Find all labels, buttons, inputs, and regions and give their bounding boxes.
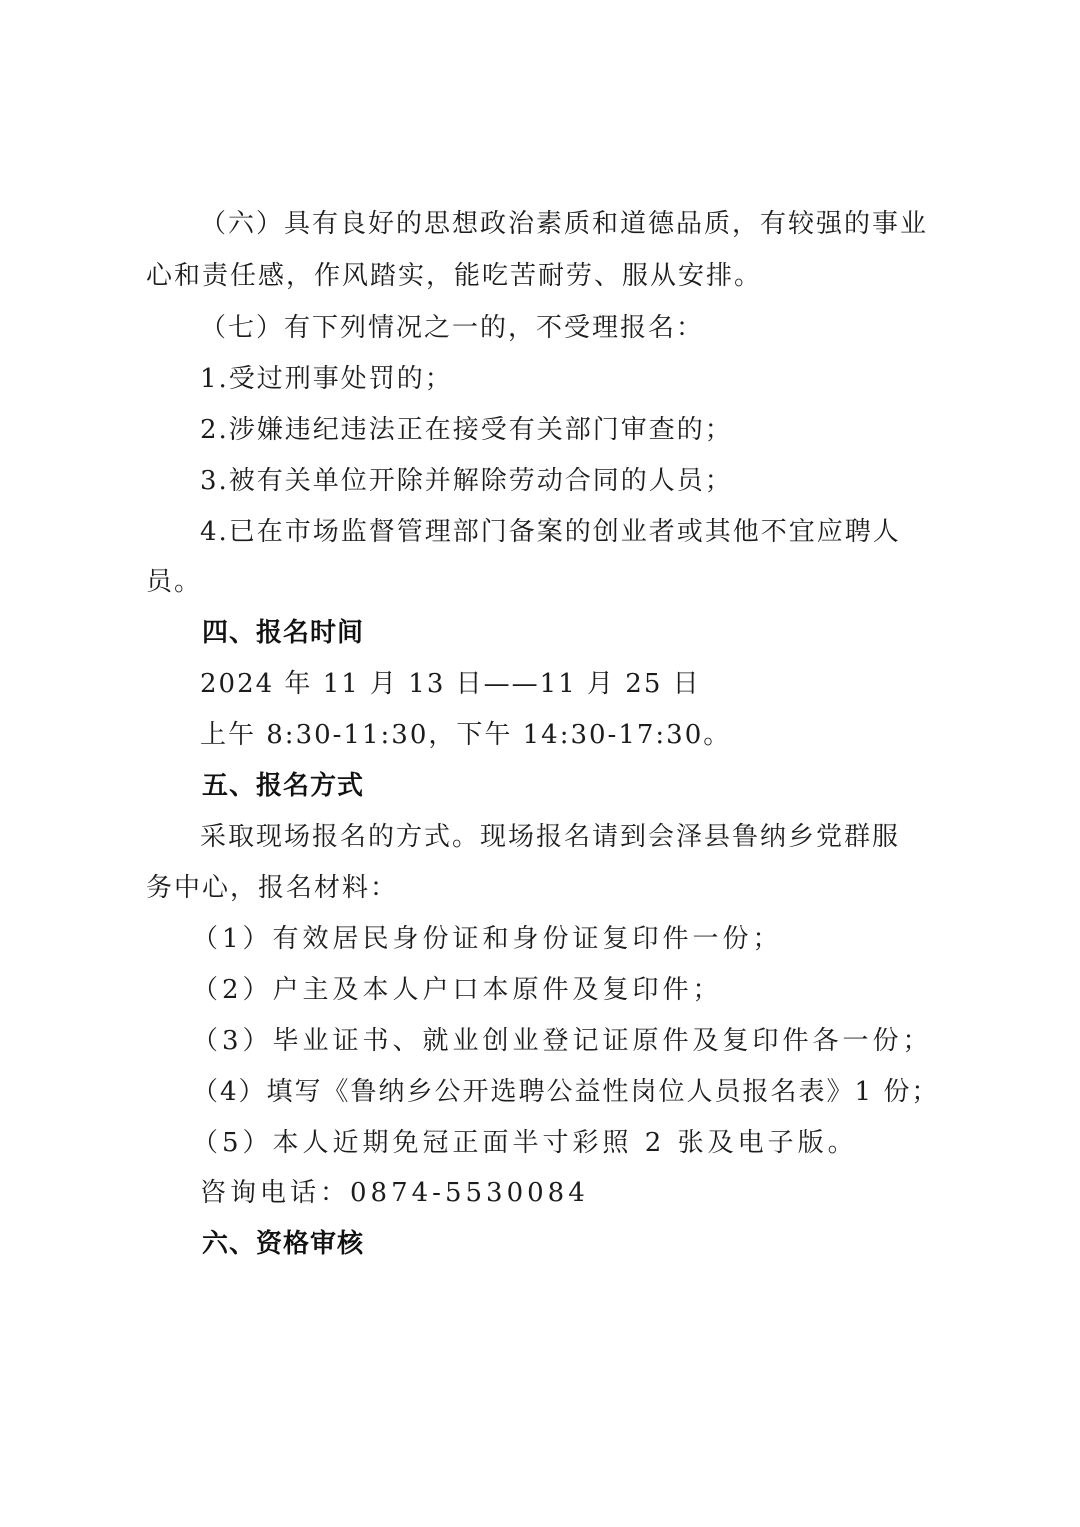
section-heading-registration-method: 五、报名方式: [202, 770, 364, 802]
material-item-3: （3）毕业证书、就业创业登记证原件及复印件各一份；: [192, 1025, 933, 1057]
section-heading-registration-time: 四、报名时间: [202, 617, 364, 649]
material-item-1: （1）有效居民身份证和身份证复印件一份；: [192, 923, 783, 955]
material-item-2: （2）户主及本人户口本原件及复印件；: [192, 974, 723, 1006]
paragraph-seven: （七）有下列情况之一的，不受理报名：: [200, 312, 704, 344]
exclusion-item-4-cont: 员。: [146, 566, 202, 598]
section-heading-qualification-review: 六、资格审核: [202, 1228, 364, 1260]
registration-method-line2: 务中心，报名材料：: [146, 872, 398, 904]
exclusion-item-1: 1.受过刑事处罚的；: [200, 363, 453, 395]
exclusion-item-3: 3.被有关单位开除并解除劳动合同的人员；: [200, 465, 733, 497]
document-page: （六）具有良好的思想政治素质和道德品质，有较强的事业 心和责任感，作风踏实，能吃…: [0, 0, 1080, 1527]
paragraph-six-line2: 心和责任感，作风踏实，能吃苦耐劳、服从安排。: [146, 260, 762, 292]
registration-date-range: 2024 年 11 月 13 日——11 月 25 日: [200, 668, 701, 700]
contact-phone: 咨询电话：0874-5530084: [200, 1177, 589, 1209]
material-item-5: （5）本人近期免冠正面半寸彩照 2 张及电子版。: [192, 1127, 858, 1159]
material-item-4: （4）填写《鲁纳乡公开选聘公益性岗位人员报名表》1 份；: [192, 1076, 939, 1108]
registration-method-line1: 采取现场报名的方式。现场报名请到会泽县鲁纳乡党群服: [200, 821, 900, 853]
exclusion-item-2: 2.涉嫌违纪违法正在接受有关部门审查的；: [200, 414, 733, 446]
exclusion-item-4: 4.已在市场监督管理部门备案的创业者或其他不宜应聘人: [200, 516, 901, 548]
registration-hours: 上午 8:30-11:30，下午 14:30-17:30。: [200, 719, 731, 751]
paragraph-six-line1: （六）具有良好的思想政治素质和道德品质，有较强的事业: [200, 208, 928, 240]
